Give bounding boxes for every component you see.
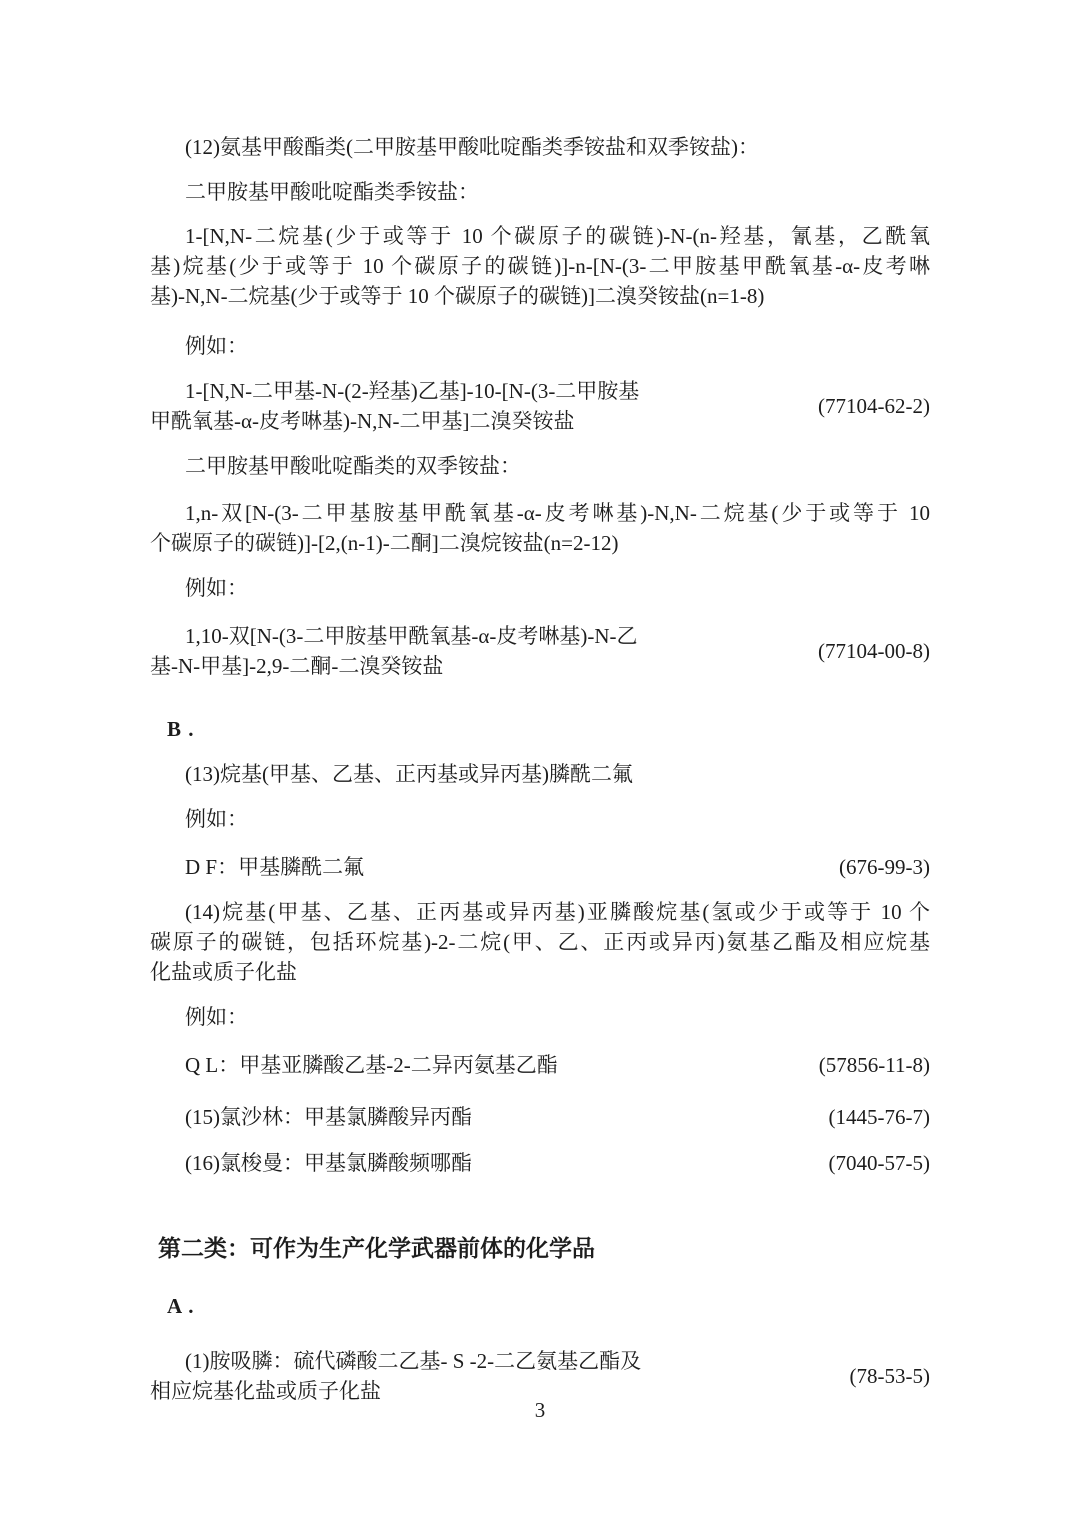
item-13-title: (13)烷基(甲基、乙基、正丙基或异丙基)膦酰二氟 — [150, 759, 930, 789]
chemical-entry: 1-[N,N-二甲基-N-(2-羟基)乙基]-10-[N-(3-二甲胺基 甲酰氧… — [150, 376, 930, 436]
chemical-entry-chlorosoman: (16)氯梭曼：甲基氯膦酸频哪酯 (7040-57-5) — [150, 1148, 930, 1178]
example-label: 例如： — [150, 804, 930, 834]
document-body: (12)氨基甲酸酯类(二甲胺基甲酸吡啶酯类季铵盐和双季铵盐)： 二甲胺基甲酸吡啶… — [150, 132, 930, 1406]
example-label: 例如： — [150, 1002, 930, 1032]
document-page: (12)氨基甲酸酯类(二甲胺基甲酸吡啶酯类季铵盐和双季铵盐)： 二甲胺基甲酸吡啶… — [0, 0, 1080, 1529]
chemical-name: (16)氯梭曼：甲基氯膦酸频哪酯 — [150, 1148, 472, 1178]
chemical-entry: 1,10-双[N-(3-二甲胺基甲酰氧基-α-皮考啉基)-N-乙 基-N-甲基]… — [150, 621, 930, 681]
text-line: 基-N-甲基]-2,9-二酮-二溴癸铵盐 — [150, 651, 638, 681]
quat-salts-label: 二甲胺基甲酸吡啶酯类季铵盐： — [150, 177, 930, 207]
bisquat-salts-description: 1,n-双[N-(3-二甲基胺基甲酰氧基-α-皮考啉基)-N,N-二烷基(少于或… — [150, 498, 930, 558]
text-line: 基)-N,N-二烷基(少于或等于 10 个碳原子的碳链)]二溴癸铵盐(n=1-8… — [150, 281, 930, 311]
cas-number: (676-99-3) — [829, 852, 930, 882]
chemical-name: 1-[N,N-二甲基-N-(2-羟基)乙基]-10-[N-(3-二甲胺基 甲酰氧… — [150, 376, 639, 436]
cas-number: (1445-76-7) — [819, 1102, 930, 1132]
text-line: (1)胺吸膦：硫代磷酸二乙基- S -2-二乙氨基乙酯及 — [150, 1346, 641, 1376]
cas-number: (77104-62-2) — [808, 391, 930, 421]
chemical-name: (15)氯沙林：甲基氯膦酸异丙酯 — [150, 1102, 472, 1132]
bisquat-salts-label: 二甲胺基甲酸吡啶酯类的双季铵盐： — [150, 451, 930, 481]
chemical-entry-chlorosarin: (15)氯沙林：甲基氯膦酸异丙酯 (1445-76-7) — [150, 1102, 930, 1132]
chemical-name: 1,10-双[N-(3-二甲胺基甲酰氧基-α-皮考啉基)-N-乙 基-N-甲基]… — [150, 621, 638, 681]
page-number: 3 — [0, 1395, 1080, 1425]
chemical-entry-df: D F：甲基膦酰二氟 (676-99-3) — [150, 852, 930, 882]
chemical-name: D F：甲基膦酰二氟 — [150, 852, 364, 882]
text-line: 化盐或质子化盐 — [150, 957, 930, 987]
text-line: (14)烷基(甲基、乙基、正丙基或异丙基)亚膦酸烷基(氢或少于或等于 10 个 — [150, 897, 930, 927]
section-letter-a: A . — [167, 1291, 930, 1321]
item-14-description: (14)烷基(甲基、乙基、正丙基或异丙基)亚膦酸烷基(氢或少于或等于 10 个 … — [150, 897, 930, 987]
example-label: 例如： — [150, 573, 930, 603]
text-line: 碳原子的碳链，包括环烷基)-2-二烷(甲、乙、正丙或异丙)氨基乙酯及相应烷基 — [150, 927, 930, 957]
cas-number: (57856-11-8) — [809, 1050, 930, 1080]
category-2-heading: 第二类：可作为生产化学武器前体的化学品 — [158, 1233, 930, 1263]
example-label: 例如： — [150, 331, 930, 361]
text-line: 基)烷基(少于或等于 10 个碳原子的碳链)]-n-[N-(3-二甲胺基甲酰氧基… — [150, 251, 930, 281]
section-letter-b: B . — [167, 714, 930, 744]
text-line: 1-[N,N-二甲基-N-(2-羟基)乙基]-10-[N-(3-二甲胺基 — [150, 376, 639, 406]
text-line: 1-[N,N-二烷基(少于或等于 10 个碳原子的碳链)-N-(n-羟基，氰基，… — [150, 221, 930, 251]
item-12-title: (12)氨基甲酸酯类(二甲胺基甲酸吡啶酯类季铵盐和双季铵盐)： — [150, 132, 930, 162]
text-line: 个碳原子的碳链)]-[2,(n-1)-二酮]二溴烷铵盐(n=2-12) — [150, 528, 930, 558]
text-line: (15)氯沙林：甲基氯膦酸异丙酯 — [150, 1102, 472, 1132]
chemical-name: Q L：甲基亚膦酸乙基-2-二异丙氨基乙酯 — [150, 1050, 558, 1080]
cas-number: (77104-00-8) — [808, 636, 930, 666]
text-line: 1,10-双[N-(3-二甲胺基甲酰氧基-α-皮考啉基)-N-乙 — [150, 621, 638, 651]
text-line: 1,n-双[N-(3-二甲基胺基甲酰氧基-α-皮考啉基)-N,N-二烷基(少于或… — [150, 498, 930, 528]
cas-number: (78-53-5) — [840, 1361, 930, 1391]
text-line: D F：甲基膦酰二氟 — [150, 852, 364, 882]
text-line: 甲酰氧基-α-皮考啉基)-N,N-二甲基]二溴癸铵盐 — [150, 406, 639, 436]
chemical-entry-ql: Q L：甲基亚膦酸乙基-2-二异丙氨基乙酯 (57856-11-8) — [150, 1050, 930, 1080]
quat-salts-description: 1-[N,N-二烷基(少于或等于 10 个碳原子的碳链)-N-(n-羟基，氰基，… — [150, 221, 930, 311]
text-line: Q L：甲基亚膦酸乙基-2-二异丙氨基乙酯 — [150, 1050, 558, 1080]
text-line: (16)氯梭曼：甲基氯膦酸频哪酯 — [150, 1148, 472, 1178]
cas-number: (7040-57-5) — [819, 1148, 930, 1178]
